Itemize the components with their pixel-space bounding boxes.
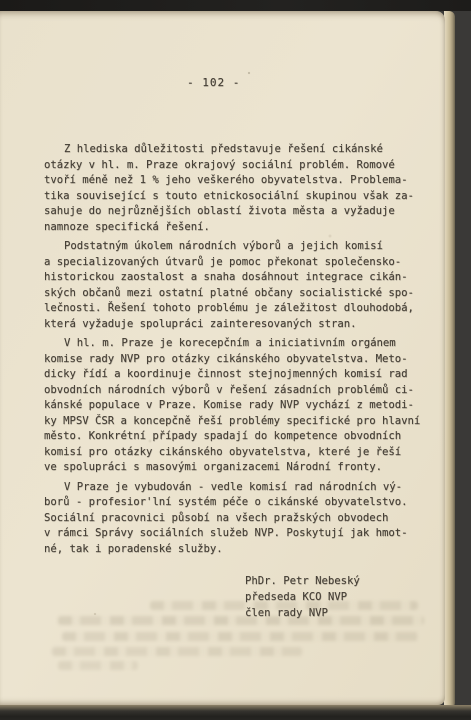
text-line: borů - profesior'lní systém péče o cikán… <box>44 495 426 511</box>
paper: - 102 - Z hlediska důležitosti představu… <box>0 11 445 705</box>
page-stack-edge <box>444 11 455 707</box>
text-line: tvoří méně než 1 % jeho veškerého obyvat… <box>44 173 426 189</box>
text-line: sahuje do nejrůznějších oblastí života m… <box>44 204 426 220</box>
text-line: město. Konkrétní případy spadají do komp… <box>44 429 426 445</box>
text-line: ky MPSV ČSR a koncepčně řeší problémy sp… <box>44 414 426 430</box>
text-line: lečnosti. Řešení tohoto problému je zále… <box>44 301 426 317</box>
bleed-through-text <box>58 616 424 625</box>
paragraph: V hl. m. Praze je korecepčním a iniciati… <box>44 336 426 476</box>
bleed-through-text <box>62 632 418 641</box>
text-line: dicky řídí a koordinuje činnost stejnojm… <box>44 367 426 383</box>
text-line: v rámci Správy sociálních služeb NVP. Po… <box>44 526 426 542</box>
paragraph: V Praze je vybudován - vedle komisí rad … <box>44 480 426 558</box>
text-line: ských občanů mezi ostatní platné občany … <box>44 286 426 302</box>
text-line: komisí pro otázky cikánského obyvatelstv… <box>44 445 426 461</box>
scanned-page: - 102 - Z hlediska důležitosti představu… <box>0 0 471 720</box>
text-line: kánské populace v Praze. Komise rady NVP… <box>44 398 426 414</box>
page-number: - 102 - <box>187 76 240 89</box>
scan-dark-band-bottom <box>0 705 471 720</box>
text-line: V hl. m. Praze je korecepčním a iniciati… <box>44 336 426 352</box>
bleed-through-text <box>58 661 138 670</box>
text-line: né, tak i poradenské služby. <box>44 542 426 558</box>
signature-name: PhDr. Petr Nebeský <box>245 574 360 590</box>
text-line: komise rady NVP pro otázky cikánského ob… <box>44 352 426 368</box>
signature-block: PhDr. Petr Nebeský předseda KCO NVP člen… <box>245 574 360 621</box>
text-line: V Praze je vybudován - vedle komisí rad … <box>44 480 426 496</box>
text-line: Sociální pracovnici působí na všech praž… <box>44 511 426 527</box>
text-line: otázky v hl. m. Praze okrajový sociální … <box>44 158 426 174</box>
text-line: obvodních národních výborů v řešení zása… <box>44 383 426 399</box>
bleed-through-text <box>52 647 302 656</box>
text-line: Z hlediska důležitosti představuje řešen… <box>44 142 426 158</box>
scan-dark-band-top <box>0 0 471 11</box>
document-body: Z hlediska důležitosti představuje řešen… <box>44 142 426 561</box>
text-line: Podstatným úkolem národních výborů a jej… <box>44 239 426 255</box>
paragraph: Podstatným úkolem národních výborů a jej… <box>44 239 426 332</box>
text-line: tika související s touto etnickosociální… <box>44 189 426 205</box>
text-line: ve spolupráci s masovými organizacemi Ná… <box>44 460 426 476</box>
text-line: která vyžaduje spolupráci zainteresovaný… <box>44 317 426 333</box>
bleed-through-text <box>150 601 418 610</box>
paragraph: Z hlediska důležitosti představuje řešen… <box>44 142 426 235</box>
text-line: historickou zaostalost a snaha dosáhnout… <box>44 270 426 286</box>
text-line: namnoze specifická řešení. <box>44 220 426 236</box>
text-line: a specializovaných útvarů je pomoc překo… <box>44 255 426 271</box>
